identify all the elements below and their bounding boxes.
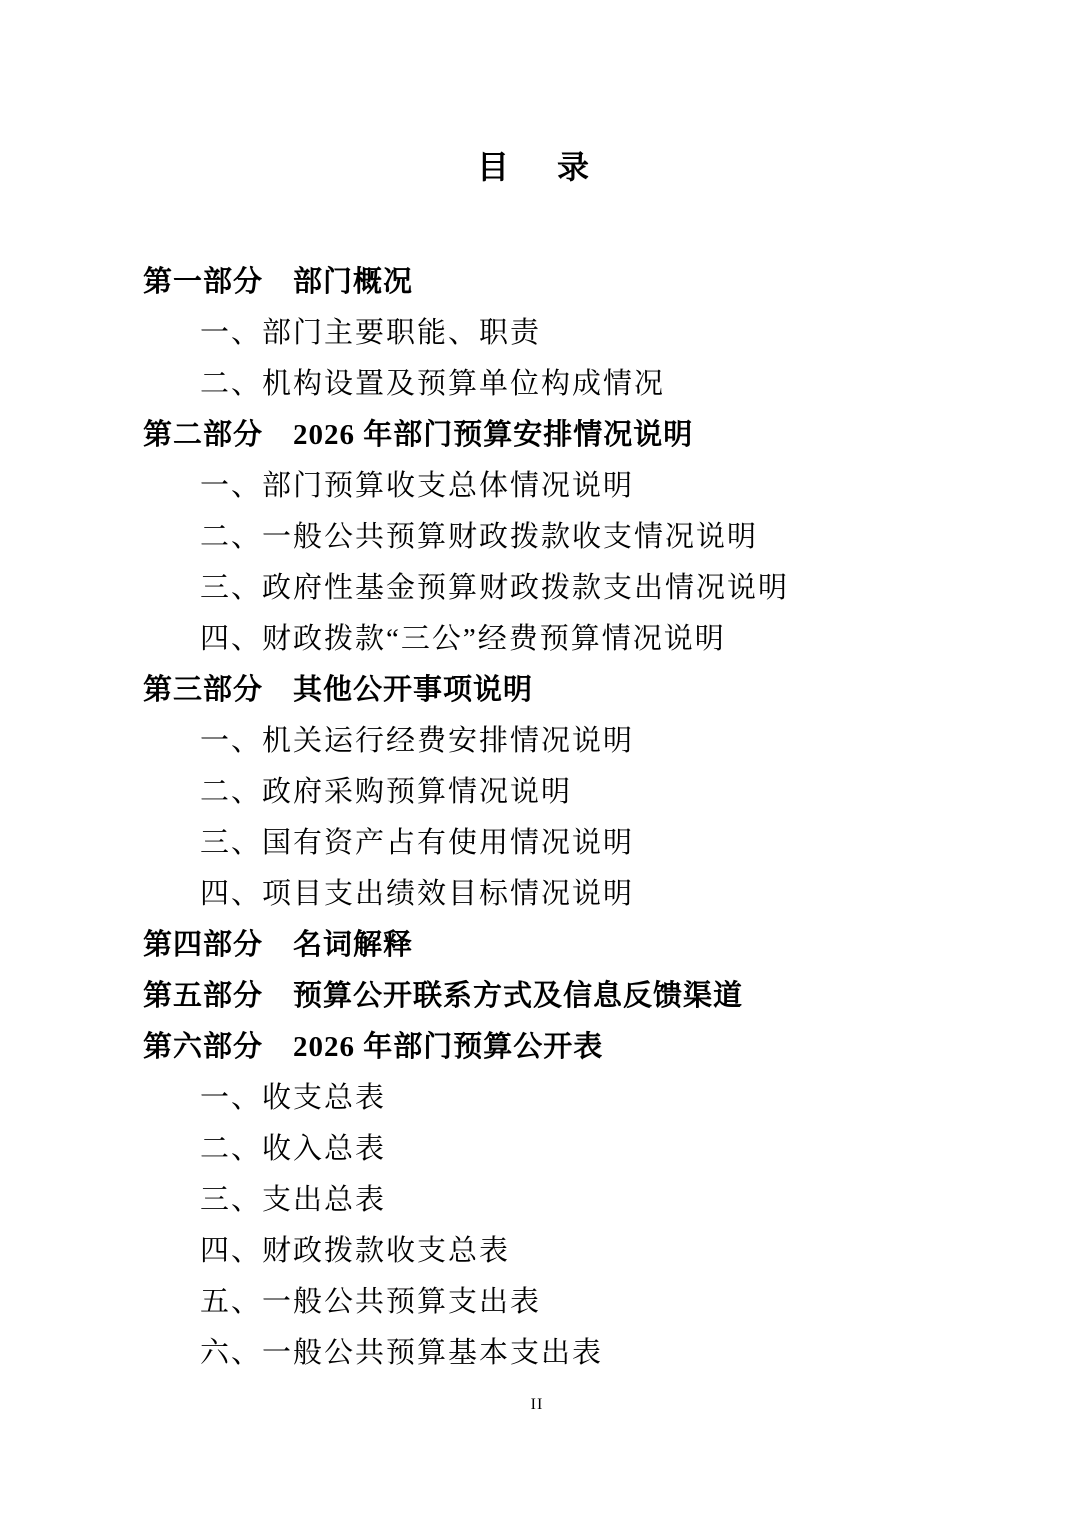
toc-section-heading: 第二部分 2026 年部门预算安排情况说明 — [143, 407, 994, 458]
toc-item: 三、政府性基金预算财政拨款支出情况说明 — [143, 560, 994, 611]
toc-item: 三、国有资产占有使用情况说明 — [143, 815, 994, 866]
toc-item: 一、收支总表 — [143, 1070, 994, 1121]
toc-section-heading: 第三部分 其他公开事项说明 — [143, 662, 994, 713]
toc-item: 二、收入总表 — [143, 1121, 994, 1172]
toc-section-heading: 第四部分 名词解释 — [143, 917, 994, 968]
document-page: 目 录 第一部分 部门概况 一、部门主要职能、职责 二、机构设置及预算单位构成情… — [0, 0, 1074, 1520]
toc-item: 四、项目支出绩效目标情况说明 — [143, 866, 994, 917]
toc-item: 六、一般公共预算基本支出表 — [143, 1325, 994, 1376]
toc-item: 一、部门预算收支总体情况说明 — [143, 458, 994, 509]
toc-item: 三、支出总表 — [143, 1172, 994, 1223]
toc-item: 二、机构设置及预算单位构成情况 — [143, 356, 994, 407]
toc-item: 二、一般公共预算财政拨款收支情况说明 — [143, 509, 994, 560]
toc-item: 四、财政拨款收支总表 — [143, 1223, 994, 1274]
toc-section-heading: 第一部分 部门概况 — [143, 254, 994, 305]
toc-section-heading: 第六部分 2026 年部门预算公开表 — [143, 1019, 994, 1070]
toc-item: 五、一般公共预算支出表 — [143, 1274, 994, 1325]
page-title: 目 录 — [0, 142, 1074, 188]
toc-section-heading: 第五部分 预算公开联系方式及信息反馈渠道 — [143, 968, 994, 1019]
toc-item: 二、政府采购预算情况说明 — [143, 764, 994, 815]
table-of-contents: 第一部分 部门概况 一、部门主要职能、职责 二、机构设置及预算单位构成情况 第二… — [143, 254, 994, 1376]
toc-item: 一、机关运行经费安排情况说明 — [143, 713, 994, 764]
toc-item: 四、财政拨款“三公”经费预算情况说明 — [143, 611, 994, 662]
toc-item: 一、部门主要职能、职责 — [143, 305, 994, 356]
page-number: II — [0, 1396, 1074, 1414]
